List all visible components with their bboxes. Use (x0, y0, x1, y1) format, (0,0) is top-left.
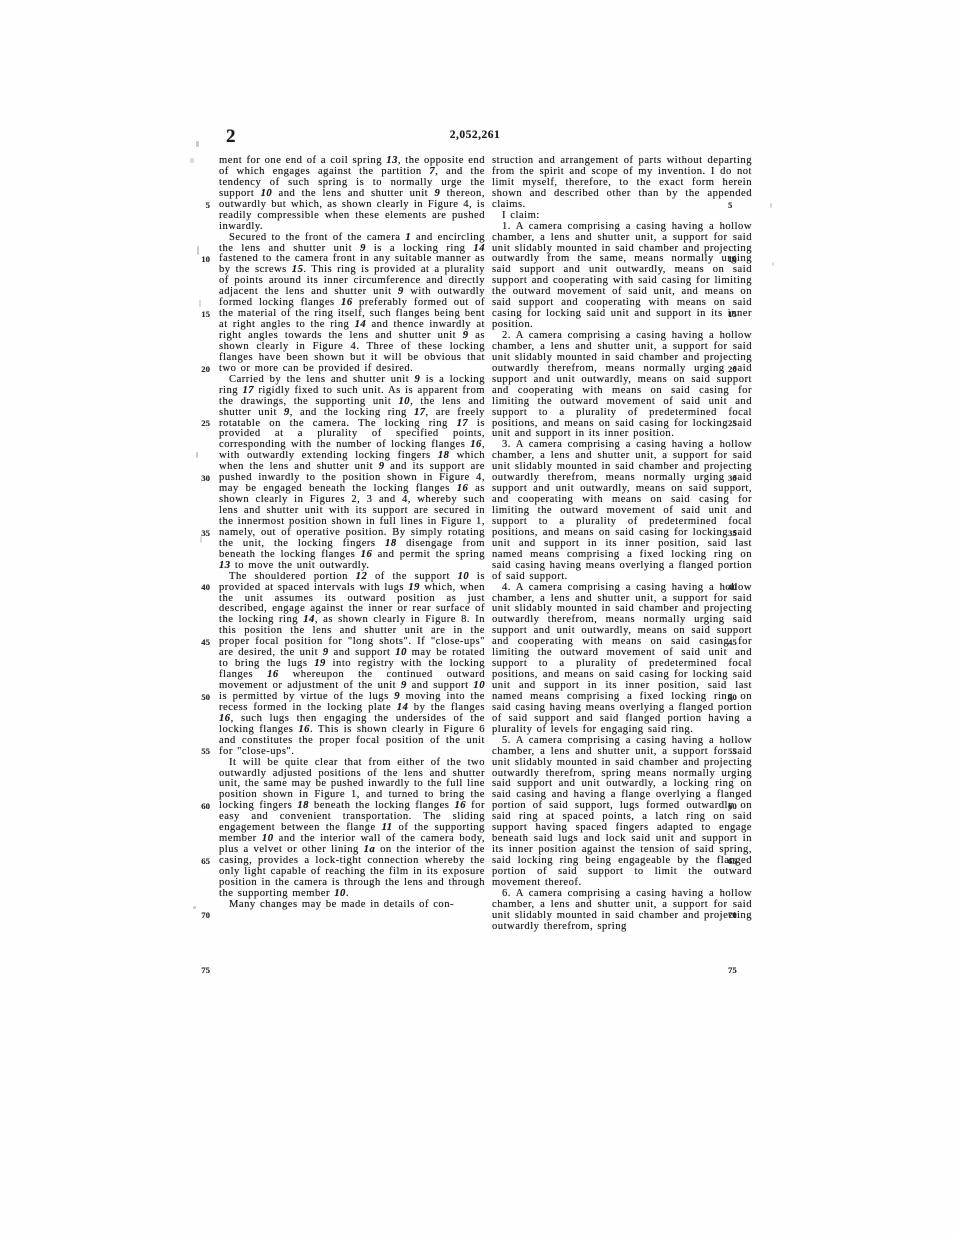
line-number: 70 (192, 910, 210, 921)
paragraph: I claim: (492, 211, 752, 222)
left-column-text: ment for one end of a coil spring 13, th… (219, 156, 485, 911)
line-number: 75 (192, 965, 210, 976)
line-number: 15 (192, 309, 210, 320)
patent-page-scan: 2 2,052,261 ment for one end of a coil s… (0, 0, 954, 1235)
line-number: 55 (192, 746, 210, 757)
line-number: 35 (728, 528, 748, 539)
paragraph: struction and arrangement of parts witho… (492, 156, 752, 211)
line-number: 45 (192, 637, 210, 648)
line-number: 20 (728, 364, 748, 375)
paragraph: 1. A camera comprising a casing having a… (492, 222, 752, 331)
paragraph: Carried by the lens and shutter unit 9 i… (219, 375, 485, 572)
line-number: 50 (728, 692, 748, 703)
line-number: 5 (728, 200, 748, 211)
line-number: 10 (728, 254, 748, 265)
line-number: 20 (192, 364, 210, 375)
line-number: 55 (728, 746, 748, 757)
scan-artifact (190, 158, 194, 163)
scan-artifact (196, 141, 199, 147)
scan-artifact (199, 300, 201, 307)
line-number: 60 (728, 801, 748, 812)
line-number: 45 (728, 637, 748, 648)
paragraph: 3. A camera comprising a casing having a… (492, 440, 752, 582)
line-number: 15 (728, 309, 748, 320)
paragraph: Many changes may be made in details of c… (219, 900, 485, 911)
paragraph: The shouldered portion 12 of the support… (219, 572, 485, 758)
line-number: 40 (192, 582, 210, 593)
line-number: 5 (192, 200, 210, 211)
line-number: 30 (728, 473, 748, 484)
paragraph: 4. A camera comprising a casing having a… (492, 583, 752, 736)
line-number: 70 (728, 910, 748, 921)
paragraph: Secured to the front of the camera 1 and… (219, 233, 485, 375)
line-number: 50 (192, 692, 210, 703)
line-number: 65 (728, 856, 748, 867)
line-number: 25 (192, 418, 210, 429)
page-number: 2 (226, 126, 237, 148)
scan-artifact (196, 452, 198, 458)
line-number: 10 (192, 254, 210, 265)
line-number: 25 (728, 418, 748, 429)
scan-artifact (193, 906, 196, 909)
scan-artifact (200, 536, 202, 543)
line-number: 30 (192, 473, 210, 484)
paragraph: 2. A camera comprising a casing having a… (492, 331, 752, 440)
line-number: 60 (192, 801, 210, 812)
scan-artifact (197, 246, 199, 255)
patent-number: 2,052,261 (415, 129, 535, 141)
line-number: 75 (728, 965, 748, 976)
line-number: 65 (192, 856, 210, 867)
paragraph: 5. A camera comprising a casing having a… (492, 736, 752, 889)
scan-artifact (770, 203, 772, 208)
paragraph: It will be quite clear that from either … (219, 758, 485, 900)
paragraph: 6. A camera comprising a casing having a… (492, 889, 752, 933)
paragraph: ment for one end of a coil spring 13, th… (219, 156, 485, 233)
line-number: 40 (728, 582, 748, 593)
right-column-text: struction and arrangement of parts witho… (492, 156, 752, 933)
scan-artifact (772, 262, 774, 266)
